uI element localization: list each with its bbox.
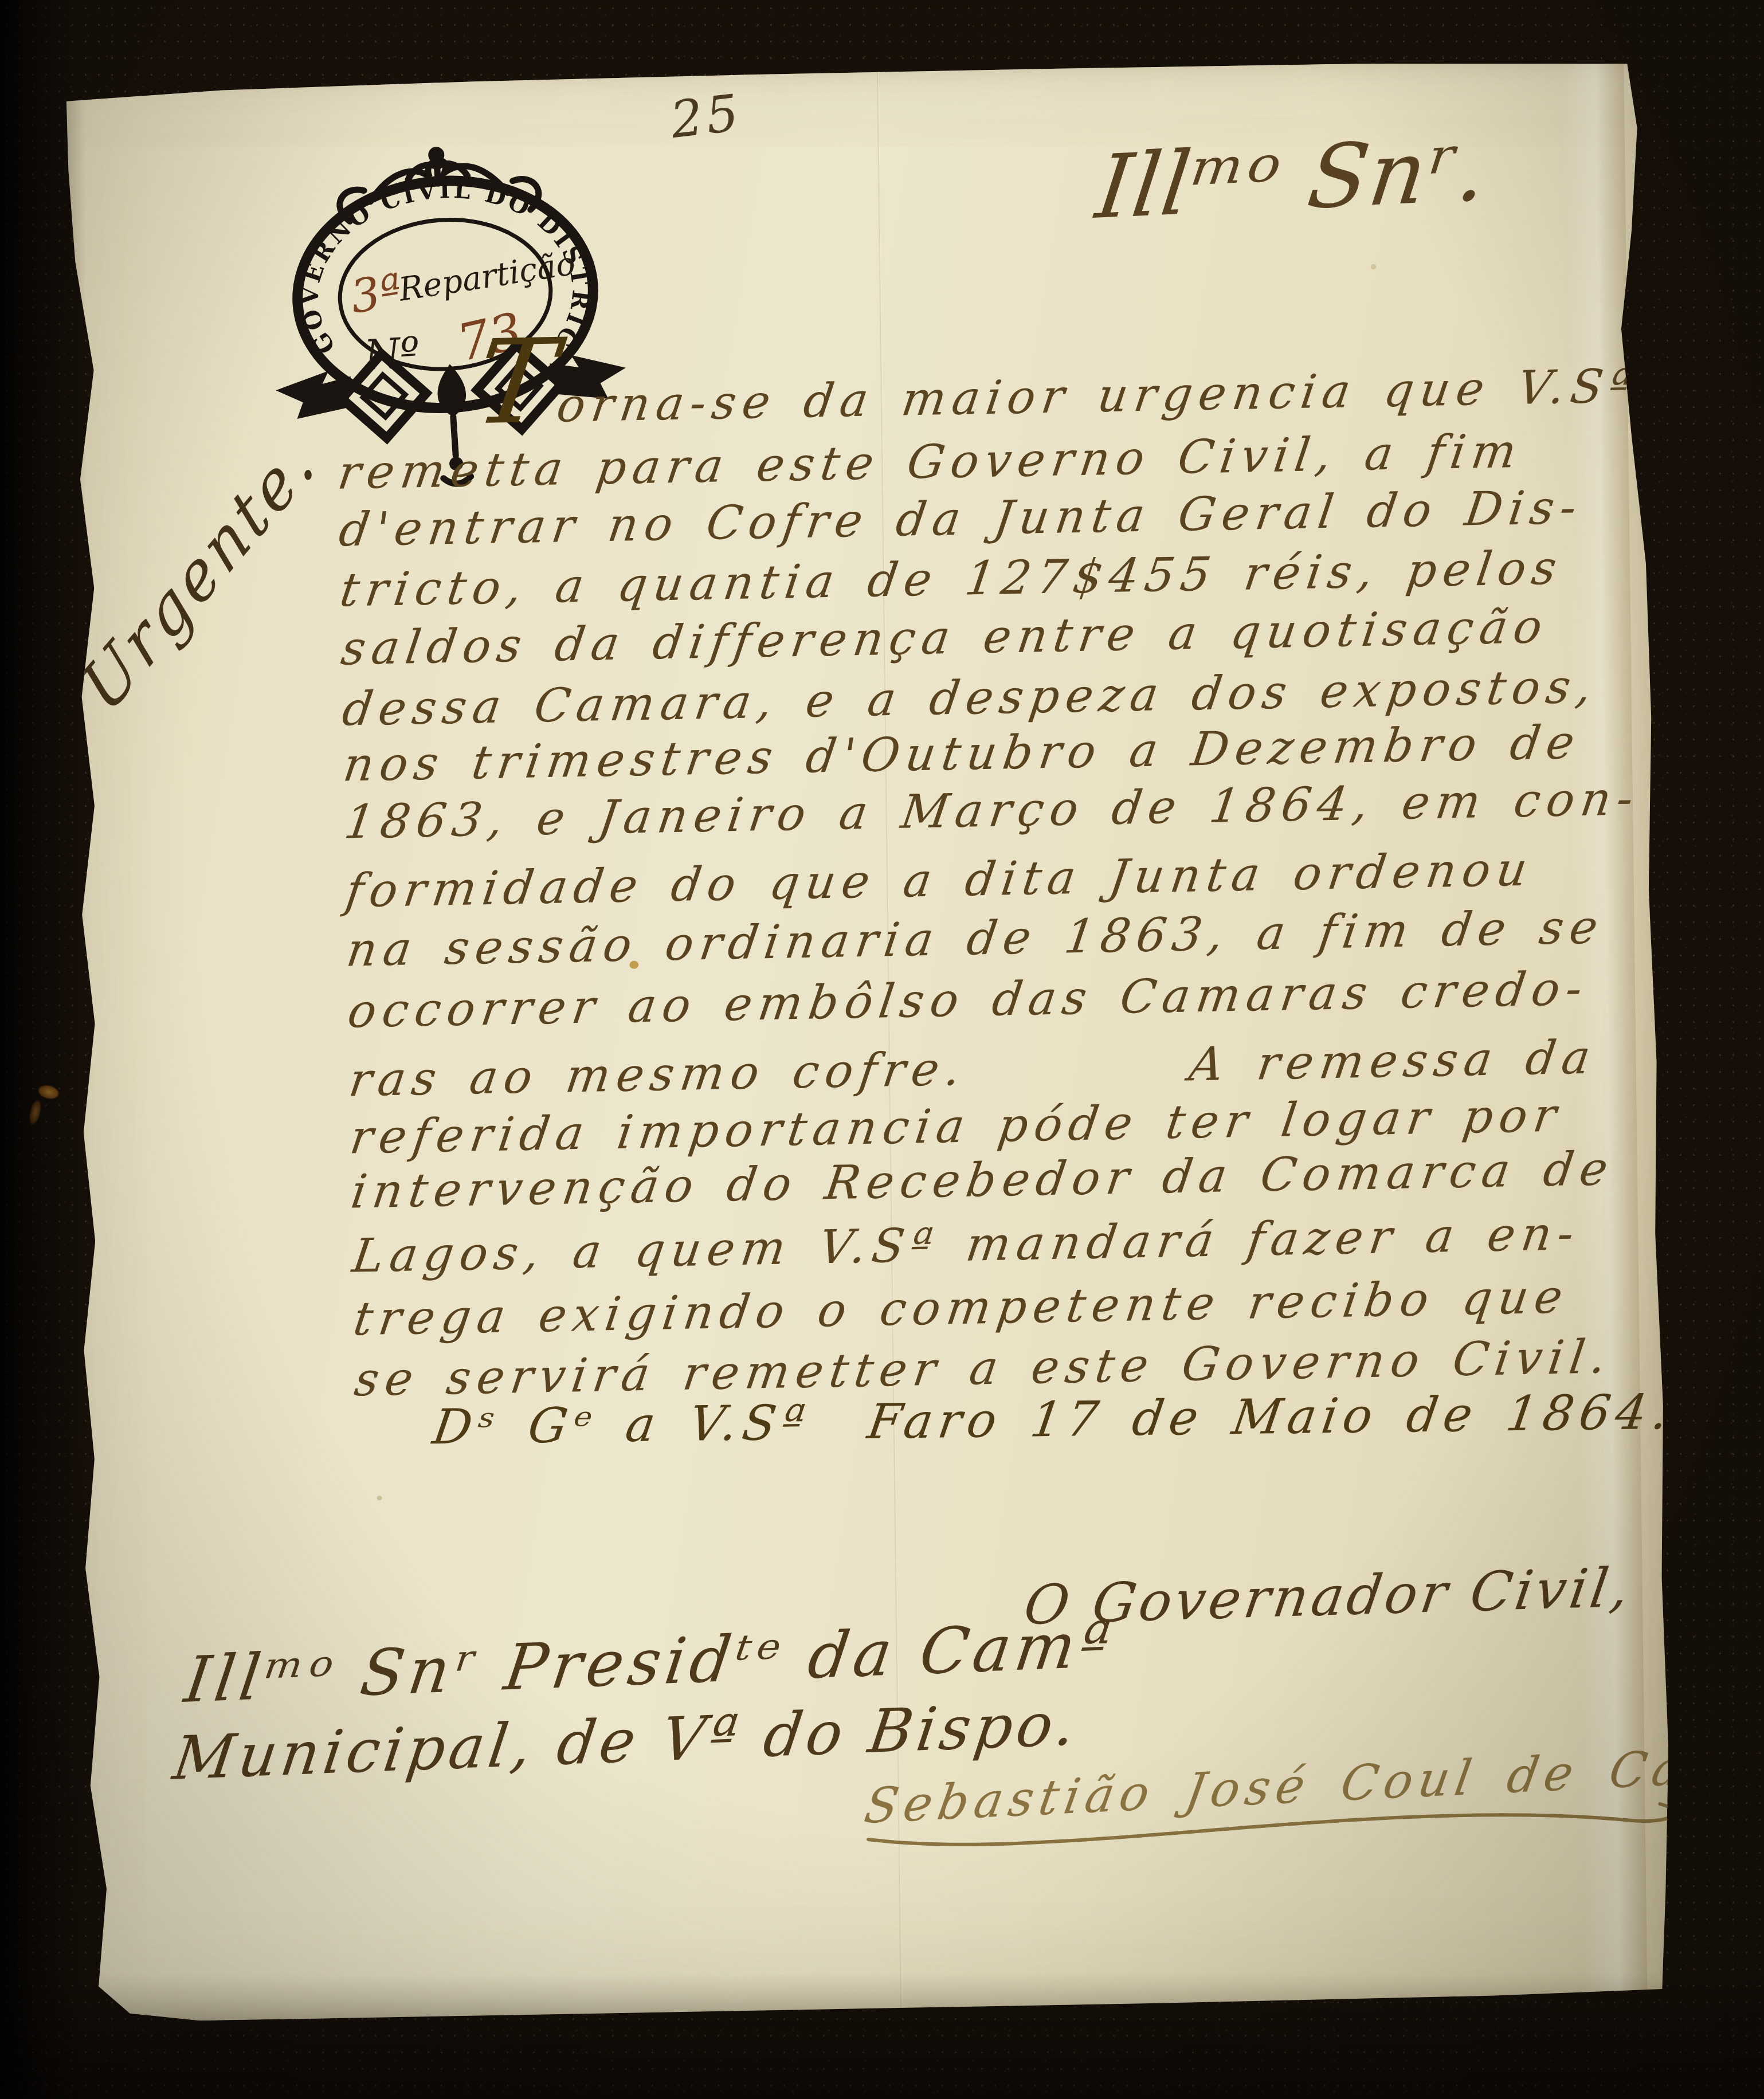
archive-table-background: GOVERNO CIVIL DO DISTRICTO DE FARO 3ª Re… [0, 0, 1764, 2099]
age-spot [1370, 264, 1376, 269]
age-spot [629, 961, 638, 969]
paper-debris-fleck [15, 1074, 69, 1140]
age-spot [377, 1496, 382, 1500]
letter-page: GOVERNO CIVIL DO DISTRICTO DE FARO 3ª Re… [38, 59, 1684, 2024]
signature-flourish [862, 1798, 1711, 1877]
